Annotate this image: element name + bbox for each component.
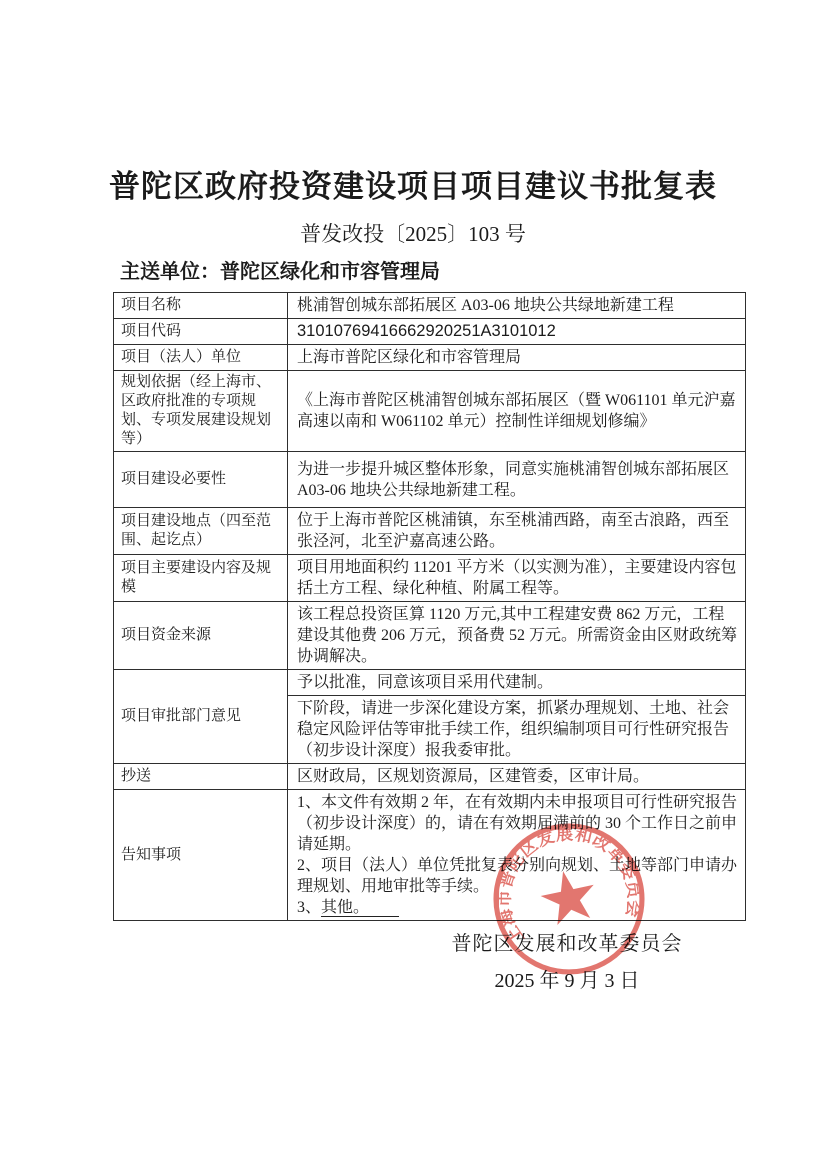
row-label: 项目资金来源 (114, 602, 288, 670)
row-label: 项目代码 (114, 319, 288, 345)
signature-date: 2025 年 9 月 3 日 (448, 967, 686, 995)
signature-issuer: 普陀区发展和改革委员会 (448, 930, 686, 958)
table-row: 项目资金来源 该工程总投资匡算 1120 万元,其中工程建安费 862 万元，工… (114, 602, 746, 670)
row-value: 区财政局，区规划资源局，区建管委，区审计局。 (288, 764, 746, 790)
notice-item-3: 3、其他。 (297, 897, 740, 918)
recipient-label: 主送单位： (120, 261, 220, 283)
approval-table: 项目名称 桃浦智创城东部拓展区 A03-06 地块公共绿地新建工程 项目代码 3… (113, 292, 746, 921)
table-row-approval-opinion: 项目审批部门意见 予以批准，同意该项目采用代建制。 (114, 670, 746, 696)
row-value: 31010769416662920251A3101012 (288, 319, 746, 345)
page-title: 普陀区政府投资建设项目项目建议书批复表 (0, 0, 826, 206)
document-number: 普发改投〔2025〕103 号 (0, 221, 826, 247)
table-row: 项目（法人）单位 上海市普陀区绿化和市容管理局 (114, 345, 746, 371)
recipient-line: 主送单位：普陀区绿化和市容管理局 (120, 259, 826, 285)
table-row: 规划依据（经上海市、区政府批准的专项规划、专项发展建设规划等） 《上海市普陀区桃… (114, 371, 746, 452)
row-value: 上海市普陀区绿化和市容管理局 (288, 345, 746, 371)
table-row: 项目名称 桃浦智创城东部拓展区 A03-06 地块公共绿地新建工程 (114, 293, 746, 319)
table-row: 项目代码 31010769416662920251A3101012 (114, 319, 746, 345)
row-label: 项目名称 (114, 293, 288, 319)
recipient-value: 普陀区绿化和市容管理局 (220, 261, 440, 283)
table-row-notice: 告知事项 1、本文件有效期 2 年，在有效期内未申报项目可行性研究报告（初步设计… (114, 790, 746, 921)
document-page: 普陀区政府投资建设项目项目建议书批复表 普发改投〔2025〕103 号 主送单位… (0, 0, 826, 1169)
notice-cell: 1、本文件有效期 2 年，在有效期内未申报项目可行性研究报告（初步设计深度）的，… (288, 790, 746, 921)
approval-opinion-line2: 下阶段，请进一步深化建设方案，抓紧办理规划、土地、社会稳定风险评估等审批手续工作… (288, 696, 746, 764)
row-label: 项目（法人）单位 (114, 345, 288, 371)
table-row: 项目建设地点（四至范围、起讫点） 位于上海市普陀区桃浦镇，东至桃浦西路，南至古浪… (114, 508, 746, 555)
notice-item-3-underlined: 其他。 (321, 899, 399, 917)
row-label: 告知事项 (114, 790, 288, 921)
row-value: 位于上海市普陀区桃浦镇，东至桃浦西路，南至古浪路，西至张泾河，北至沪嘉高速公路。 (288, 508, 746, 555)
row-value: 桃浦智创城东部拓展区 A03-06 地块公共绿地新建工程 (288, 293, 746, 319)
row-label: 项目建设必要性 (114, 452, 288, 508)
row-label: 项目审批部门意见 (114, 670, 288, 764)
table-row-cc: 抄送 区财政局，区规划资源局，区建管委，区审计局。 (114, 764, 746, 790)
row-label: 项目主要建设内容及规模 (114, 555, 288, 602)
row-label: 项目建设地点（四至范围、起讫点） (114, 508, 288, 555)
row-label: 抄送 (114, 764, 288, 790)
table-row: 项目建设必要性 为进一步提升城区整体形象，同意实施桃浦智创城东部拓展区 A03-… (114, 452, 746, 508)
row-value: 项目用地面积约 11201 平方米（以实测为准），主要建设内容包括土方工程、绿化… (288, 555, 746, 602)
table-row: 项目主要建设内容及规模 项目用地面积约 11201 平方米（以实测为准），主要建… (114, 555, 746, 602)
row-value: 为进一步提升城区整体形象，同意实施桃浦智创城东部拓展区 A03-06 地块公共绿… (288, 452, 746, 508)
notice-item-1: 1、本文件有效期 2 年，在有效期内未申报项目可行性研究报告（初步设计深度）的，… (297, 792, 740, 855)
signature-block: 普陀区发展和改革委员会 2025 年 9 月 3 日 (448, 930, 686, 995)
notice-item-3-prefix: 3、 (297, 899, 321, 916)
notice-item-2: 2、项目（法人）单位凭批复表分别向规划、土地等部门申请办理规划、用地审批等手续。 (297, 855, 740, 897)
row-label: 规划依据（经上海市、区政府批准的专项规划、专项发展建设规划等） (114, 371, 288, 452)
row-value: 该工程总投资匡算 1120 万元,其中工程建安费 862 万元，工程建设其他费 … (288, 602, 746, 670)
row-value: 《上海市普陀区桃浦智创城东部拓展区（暨 W061101 单元沪嘉高速以南和 W0… (288, 371, 746, 452)
approval-opinion-line1: 予以批准，同意该项目采用代建制。 (288, 670, 746, 696)
